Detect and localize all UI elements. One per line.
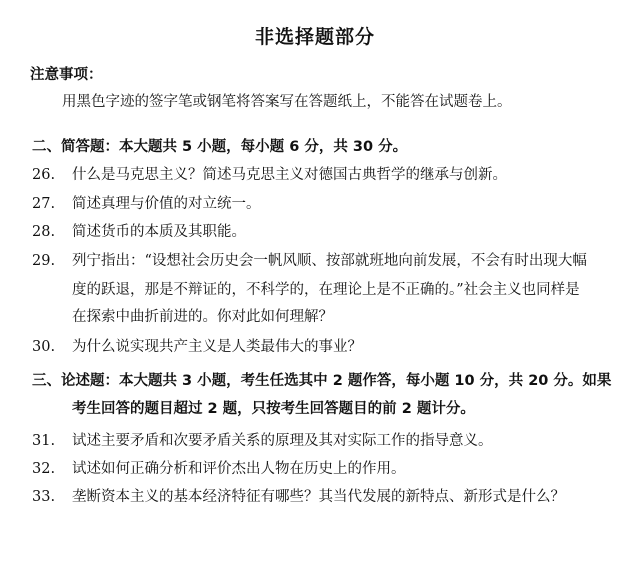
question-30: 30.为什么说实现共产主义是人类最伟大的事业？ bbox=[32, 338, 362, 356]
section-2-heading: 二、简答题：本大题共 5 小题，每小题 6 分，共 30 分。 bbox=[32, 138, 407, 156]
question-29: 29.列宁指出：“设想社会历史会一帆风顺、按部就班地向前发展，不会有时出现大幅 bbox=[32, 252, 587, 270]
question-text: 试述如何正确分析和评价杰出人物在历史上的作用。 bbox=[72, 461, 406, 477]
question-number: 32. bbox=[32, 460, 72, 478]
question-27: 27.简述真理与价值的对立统一。 bbox=[32, 195, 261, 213]
section-3-heading: 三、论述题：本大题共 3 小题，考生任选其中 2 题作答，每小题 10 分，共 … bbox=[32, 372, 611, 390]
question-number: 28. bbox=[32, 223, 72, 241]
page-title: 非选择题部分 bbox=[0, 22, 630, 49]
question-number: 29. bbox=[32, 252, 72, 270]
question-text: 列宁指出：“设想社会历史会一帆风顺、按部就班地向前发展，不会有时出现大幅 bbox=[72, 253, 587, 269]
question-29-line-2: 度的跃退，那是不辩证的，不科学的，在理论上是不正确的。”社会主义也同样是 bbox=[72, 281, 580, 299]
question-31: 31.试述主要矛盾和次要矛盾关系的原理及其对实际工作的指导意义。 bbox=[32, 432, 493, 450]
section-3-heading-line-2: 考生回答的题目超过 2 题，只按考生回答题目的前 2 题计分。 bbox=[72, 400, 475, 418]
notice-heading: 注意事项： bbox=[30, 66, 103, 84]
question-32: 32.试述如何正确分析和评价杰出人物在历史上的作用。 bbox=[32, 460, 406, 478]
question-number: 30. bbox=[32, 338, 72, 356]
question-text: 简述货币的本质及其职能。 bbox=[72, 224, 246, 240]
question-28: 28.简述货币的本质及其职能。 bbox=[32, 223, 246, 241]
question-text: 简述真理与价值的对立统一。 bbox=[72, 196, 261, 212]
question-text: 为什么说实现共产主义是人类最伟大的事业？ bbox=[72, 339, 362, 355]
question-number: 27. bbox=[32, 195, 72, 213]
question-number: 33. bbox=[32, 488, 72, 506]
question-number: 31. bbox=[32, 432, 72, 450]
notice-text: 用黑色字迹的签字笔或钢笔将答案写在答题纸上，不能答在试题卷上。 bbox=[62, 93, 512, 111]
question-33: 33.垄断资本主义的基本经济特征有哪些？其当代发展的新特点、新形式是什么？ bbox=[32, 488, 565, 506]
question-text: 试述主要矛盾和次要矛盾关系的原理及其对实际工作的指导意义。 bbox=[72, 433, 493, 449]
question-text: 什么是马克思主义？简述马克思主义对德国古典哲学的继承与创新。 bbox=[72, 167, 507, 183]
question-26: 26.什么是马克思主义？简述马克思主义对德国古典哲学的继承与创新。 bbox=[32, 166, 507, 184]
question-29-line-3: 在探索中曲折前进的。你对此如何理解？ bbox=[72, 308, 333, 326]
question-number: 26. bbox=[32, 166, 72, 184]
question-text: 垄断资本主义的基本经济特征有哪些？其当代发展的新特点、新形式是什么？ bbox=[72, 489, 565, 505]
